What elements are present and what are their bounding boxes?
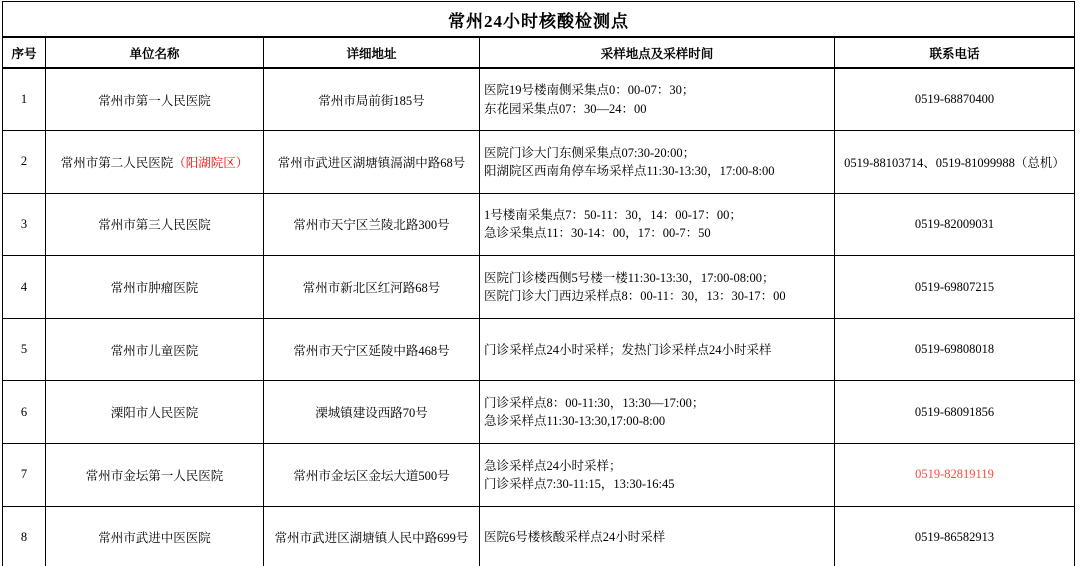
sampling-line: 门诊采样点8：00-11:30，13:30—17:00； bbox=[484, 394, 830, 412]
unit-name-cell: 常州市儿童医院 bbox=[46, 318, 264, 381]
table-row: 5常州市儿童医院常州市天宁区延陵中路468号门诊采样点24小时采样；发热门诊采样… bbox=[3, 318, 1075, 381]
row-number: 8 bbox=[3, 506, 46, 566]
sampling-info-cell: 1号楼南采集点7：50-11：30，14：00-17：00；急诊采集点11：30… bbox=[480, 193, 835, 256]
table-row: 1常州市第一人民医院常州市局前街185号医院19号楼南侧采集点0：00-07：3… bbox=[3, 68, 1075, 131]
address-cell: 常州市局前街185号 bbox=[264, 68, 480, 131]
sampling-info-cell: 门诊采样点8：00-11:30，13:30—17:00；急诊采样点11:30-1… bbox=[480, 381, 835, 444]
sampling-info-cell: 医院门诊大门东侧采集点07:30-20:00；阳湖院区西南角停车场采样点11:3… bbox=[480, 131, 835, 194]
unit-name-cell: 常州市金坛第一人民医院 bbox=[46, 444, 264, 507]
sampling-line: 急诊采集点11：30-14：00，17：00-7：50 bbox=[484, 224, 830, 242]
sampling-line: 阳湖院区西南角停车场采样点11:30-13:30，17:00-8:00 bbox=[484, 162, 830, 180]
row-number: 5 bbox=[3, 318, 46, 381]
unit-name: 常州市第二人民医院 bbox=[61, 156, 174, 170]
address-cell: 常州市天宁区兰陵北路300号 bbox=[264, 193, 480, 256]
table-row: 8常州市武进中医医院常州市武进区湖塘镇人民中路699号医院6号楼核酸采样点24小… bbox=[3, 506, 1075, 566]
unit-name: 常州市金坛第一人民医院 bbox=[86, 469, 224, 483]
phone-cell: 0519-82819119 bbox=[835, 444, 1075, 507]
table-row: 6溧阳市人民医院溧城镇建设西路70号门诊采样点8：00-11:30，13:30—… bbox=[3, 381, 1075, 444]
table-row: 3常州市第三人民医院常州市天宁区兰陵北路300号1号楼南采集点7：50-11：3… bbox=[3, 193, 1075, 256]
col-header-phone: 联系电话 bbox=[835, 37, 1075, 68]
unit-name-cell: 常州市第一人民医院 bbox=[46, 68, 264, 131]
row-number: 6 bbox=[3, 381, 46, 444]
address-cell: 溧城镇建设西路70号 bbox=[264, 381, 480, 444]
phone-cell: 0519-69807215 bbox=[835, 256, 1075, 319]
phone-cell: 0519-68870400 bbox=[835, 68, 1075, 131]
sampling-line: 医院6号楼核酸采样点24小时采样 bbox=[484, 528, 830, 546]
unit-name: 常州市第三人民医院 bbox=[98, 218, 211, 232]
unit-name-suffix: （阳湖院区） bbox=[173, 156, 248, 170]
sampling-info-cell: 急诊采样点24小时采样；门诊采样点7:30-11:15，13:30-16:45 bbox=[480, 444, 835, 507]
address-cell: 常州市武进区湖塘镇人民中路699号 bbox=[264, 506, 480, 566]
sampling-line: 1号楼南采集点7：50-11：30，14：00-17：00； bbox=[484, 206, 830, 224]
unit-name: 常州市武进中医医院 bbox=[98, 531, 211, 545]
unit-name-cell: 溧阳市人民医院 bbox=[46, 381, 264, 444]
col-header-sampling: 采样地点及采样时间 bbox=[480, 37, 835, 68]
sampling-line: 医院门诊大门东侧采集点07:30-20:00； bbox=[484, 144, 830, 162]
unit-name-cell: 常州市肿瘤医院 bbox=[46, 256, 264, 319]
sampling-info-cell: 医院门诊楼西侧5号楼一楼11:30-13:30，17:00-08:00；医院门诊… bbox=[480, 256, 835, 319]
address-cell: 常州市新北区红河路68号 bbox=[264, 256, 480, 319]
sampling-line: 医院19号楼南侧采集点0：00-07：30； bbox=[484, 81, 830, 99]
unit-name: 溧阳市人民医院 bbox=[111, 406, 199, 420]
page-title: 常州24小时核酸检测点 bbox=[3, 2, 1075, 38]
table-row: 7常州市金坛第一人民医院常州市金坛区金坛大道500号急诊采样点24小时采样；门诊… bbox=[3, 444, 1075, 507]
phone-cell: 0519-88103714、0519-81099988（总机） bbox=[835, 131, 1075, 194]
col-header-name: 单位名称 bbox=[46, 37, 264, 68]
page: 常州24小时核酸检测点 序号 单位名称 详细地址 采样地点及采样时间 联系电话 … bbox=[0, 0, 1080, 566]
address-cell: 常州市金坛区金坛大道500号 bbox=[264, 444, 480, 507]
phone-cell: 0519-86582913 bbox=[835, 506, 1075, 566]
sampling-info-cell: 医院6号楼核酸采样点24小时采样 bbox=[480, 506, 835, 566]
row-number: 2 bbox=[3, 131, 46, 194]
sampling-line: 医院门诊大门西边采样点8：00-11：30，13：30-17：00 bbox=[484, 287, 830, 305]
row-number: 4 bbox=[3, 256, 46, 319]
unit-name: 常州市肿瘤医院 bbox=[111, 281, 199, 295]
table-body: 1常州市第一人民医院常州市局前街185号医院19号楼南侧采集点0：00-07：3… bbox=[3, 68, 1075, 566]
row-number: 7 bbox=[3, 444, 46, 507]
unit-name-cell: 常州市第三人民医院 bbox=[46, 193, 264, 256]
phone-cell: 0519-82009031 bbox=[835, 193, 1075, 256]
sampling-line: 医院门诊楼西侧5号楼一楼11:30-13:30，17:00-08:00； bbox=[484, 269, 830, 287]
address-cell: 常州市天宁区延陵中路468号 bbox=[264, 318, 480, 381]
col-header-no: 序号 bbox=[3, 37, 46, 68]
testing-points-table: 常州24小时核酸检测点 序号 单位名称 详细地址 采样地点及采样时间 联系电话 … bbox=[2, 1, 1075, 566]
sampling-info-cell: 医院19号楼南侧采集点0：00-07：30；东花园采集点07：30—24：00 bbox=[480, 68, 835, 131]
table-header-row: 序号 单位名称 详细地址 采样地点及采样时间 联系电话 bbox=[3, 37, 1075, 68]
unit-name-cell: 常州市第二人民医院（阳湖院区） bbox=[46, 131, 264, 194]
sampling-line: 急诊采样点24小时采样； bbox=[484, 457, 830, 475]
unit-name: 常州市儿童医院 bbox=[111, 344, 199, 358]
table-row: 2常州市第二人民医院（阳湖院区）常州市武进区湖塘镇滆湖中路68号医院门诊大门东侧… bbox=[3, 131, 1075, 194]
sampling-line: 门诊采样点24小时采样；发热门诊采样点24小时采样 bbox=[484, 341, 830, 359]
phone-cell: 0519-69808018 bbox=[835, 318, 1075, 381]
unit-name: 常州市第一人民医院 bbox=[98, 94, 211, 108]
unit-name-cell: 常州市武进中医医院 bbox=[46, 506, 264, 566]
row-number: 1 bbox=[3, 68, 46, 131]
sampling-line: 急诊采样点11:30-13:30,17:00-8:00 bbox=[484, 412, 830, 430]
sampling-info-cell: 门诊采样点24小时采样；发热门诊采样点24小时采样 bbox=[480, 318, 835, 381]
address-cell: 常州市武进区湖塘镇滆湖中路68号 bbox=[264, 131, 480, 194]
sampling-line: 东花园采集点07：30—24：00 bbox=[484, 100, 830, 118]
sampling-line: 门诊采样点7:30-11:15，13:30-16:45 bbox=[484, 475, 830, 493]
title-row: 常州24小时核酸检测点 bbox=[3, 2, 1075, 38]
phone-cell: 0519-68091856 bbox=[835, 381, 1075, 444]
table-row: 4常州市肿瘤医院常州市新北区红河路68号医院门诊楼西侧5号楼一楼11:30-13… bbox=[3, 256, 1075, 319]
col-header-address: 详细地址 bbox=[264, 37, 480, 68]
row-number: 3 bbox=[3, 193, 46, 256]
